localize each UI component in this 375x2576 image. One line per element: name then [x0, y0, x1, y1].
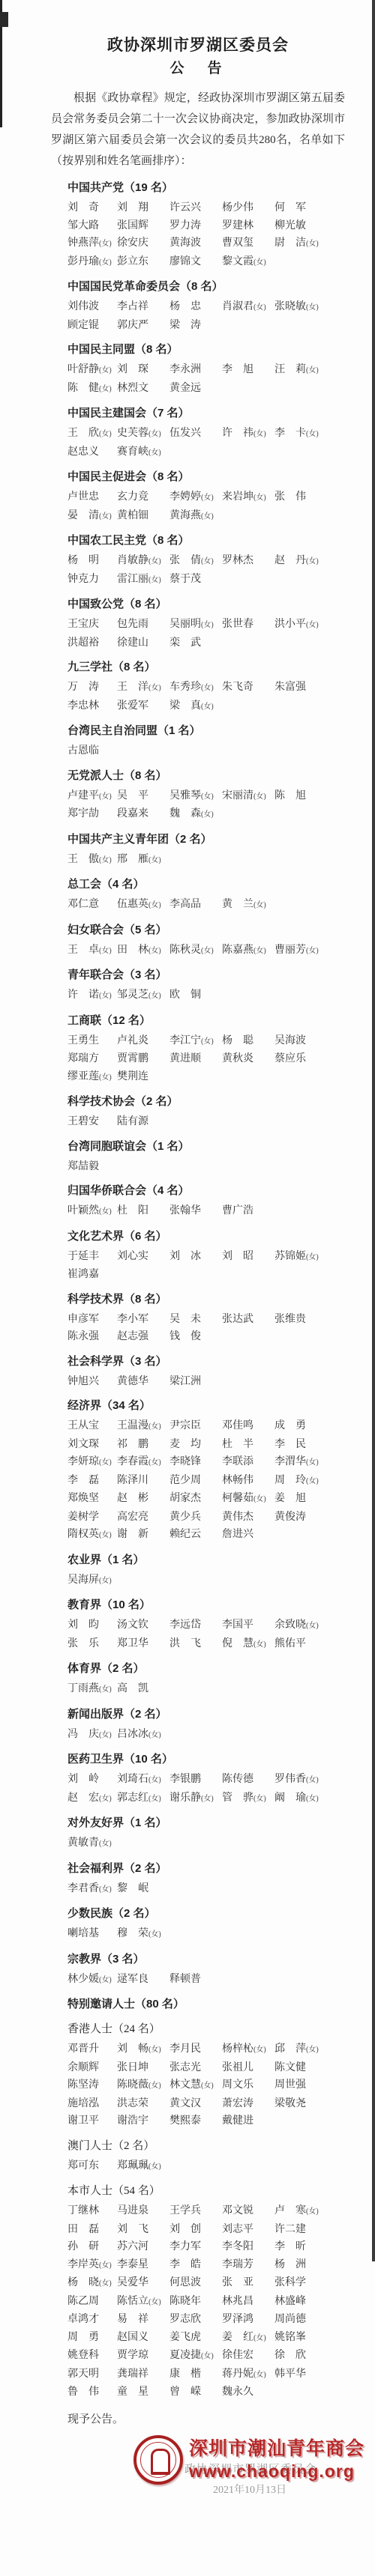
member-name: 阚 瑜(女) — [274, 1789, 345, 1808]
member-name: 田 林(女) — [117, 942, 169, 960]
member-section: 无党派人士（8 名）卢建平(女)吴 平吴雅琴(女)宋丽清(女)陈 旭郑宇劼段嘉来… — [67, 767, 345, 824]
section-heading: 妇女联合会（5 名） — [67, 921, 345, 939]
section-heading: 医药卫生界（10 名） — [67, 1751, 345, 1769]
member-section: 中国致公党（8 名）王宝庆包先雨吴丽明(女)张世春洪小平(女)洪超裕徐建山栾 武 — [67, 595, 345, 652]
member-name: 祁 鹏 — [117, 1436, 169, 1454]
member-name: 黄海燕(女) — [169, 507, 222, 526]
member-name: 陈恬立(女) — [117, 2293, 169, 2312]
female-marker: (女) — [306, 430, 319, 438]
member-name: 李小军 — [117, 1311, 169, 1329]
female-marker: (女) — [148, 992, 161, 1000]
member-name: 林盛峰 — [274, 2293, 345, 2312]
member-name: 刘伟波 — [67, 298, 117, 317]
member-name: 杨 晓(女) — [67, 2274, 117, 2293]
name-grid: 王 卓(女)田 林(女)陈秋灵(女)陈嘉燕(女)曹丽芳(女) — [67, 942, 345, 960]
member-name: 黄敏青(女) — [67, 1834, 117, 1853]
member-name: 刘心实 — [117, 1248, 169, 1267]
female-marker: (女) — [148, 901, 161, 909]
member-name: 罗力涛 — [169, 217, 222, 235]
female-marker: (女) — [306, 1622, 319, 1630]
name-grid: 钟旭兴黄德华梁江洲 — [67, 1373, 345, 1391]
member-name: 刘 岭 — [67, 1771, 117, 1789]
section-heading: 科学技术协会（2 名） — [67, 1093, 345, 1111]
member-name: 李泰星 — [117, 2256, 169, 2275]
member-name: 郑喆毅 — [67, 1158, 117, 1176]
member-name: 陈晓薇(女) — [117, 2076, 169, 2095]
member-name: 李 皓 — [169, 2256, 222, 2275]
member-name: 韩平华 — [274, 2366, 345, 2384]
section-heading: 中国致公党（8 名） — [67, 595, 345, 613]
announcement-document: 政协深圳市罗湖区委员会 公 告 根据《政协章程》规定，经政协深圳市罗湖区第五届委… — [0, 0, 375, 2576]
member-name: 朱富强 — [274, 679, 345, 697]
member-name: 夏凌捷(女) — [169, 2347, 222, 2366]
member-section: 中国国民党革命委员会（8 名）刘伟波李占祥杨 忠肖淑君(女)张晓敏(女)顾定锟郭… — [67, 278, 345, 334]
member-name: 晏 清(女) — [67, 507, 117, 526]
member-name: 吴爱华 — [117, 2274, 169, 2293]
member-name: 李联添 — [222, 1453, 274, 1472]
member-name: 杜 半 — [222, 1436, 274, 1454]
member-sections: 中国共产党（19 名）刘 奇刘 翔许云兴杨少伟何 军邹大路张国辉罗力涛罗建林柳光… — [67, 179, 345, 2401]
member-name: 周尚德 — [274, 2311, 345, 2329]
member-name: 杨 忠 — [169, 298, 222, 317]
section-heading: 社会福利界（2 名） — [67, 1860, 345, 1878]
member-name: 钟旭兴 — [67, 1373, 117, 1391]
member-name: 李江宁(女) — [169, 1032, 222, 1051]
member-name: 肖淑君(女) — [222, 298, 274, 317]
member-name: 卢世忠 — [67, 488, 117, 507]
member-name: 姜树学 — [67, 1509, 117, 1527]
member-name: 姚铭峯 — [274, 2329, 345, 2348]
member-name: 王宝庆 — [67, 616, 117, 634]
member-name: 彭立东 — [117, 253, 169, 272]
member-name: 郑可东 — [67, 2157, 117, 2176]
name-grid: 许 诺(女)邹灵芝(女)欧 铜 — [67, 987, 345, 1005]
female-marker: (女) — [99, 385, 112, 393]
member-name: 赵志强 — [117, 1328, 169, 1346]
member-name: 谢卫平 — [67, 2112, 117, 2130]
member-section: 少数民族（2 名）喇培基穆 荣(女) — [67, 1905, 345, 1944]
female-marker: (女) — [201, 947, 214, 955]
female-marker: (女) — [148, 557, 161, 566]
member-name: 谢浩宇 — [117, 2112, 169, 2130]
member-name: 邱 萍(女) — [274, 2040, 345, 2059]
member-name: 曹丽芳(女) — [274, 942, 345, 960]
member-name: 许云兴 — [169, 199, 222, 217]
seal-arch-icon — [151, 2449, 170, 2475]
member-name: 黎文霞(女) — [222, 253, 274, 272]
member-name: 刘志平 — [222, 2221, 274, 2239]
member-name: 胡家杰 — [169, 1490, 222, 1509]
member-name: 王 傲(女) — [67, 851, 117, 870]
intro-paragraph: 根据《政协章程》规定，经政协深圳市罗湖区第五届委员会常务委员会第二十一次会议协商… — [51, 88, 345, 172]
member-name: 詹进兴 — [222, 1526, 274, 1545]
member-name: 尉 洁(女) — [274, 234, 345, 253]
member-name: 吴雅琴(女) — [169, 787, 222, 806]
female-marker: (女) — [201, 512, 214, 521]
member-name: 张维贵 — [274, 1311, 345, 1329]
member-name: 李 磊 — [67, 1472, 117, 1491]
member-name: 孙 研 — [67, 2238, 117, 2256]
member-name: 郭天明 — [67, 2366, 117, 2384]
member-name: 李晓锋 — [169, 1453, 222, 1472]
female-marker: (女) — [201, 1037, 214, 1046]
female-marker: (女) — [201, 684, 214, 692]
member-name: 喇培基 — [67, 1925, 117, 1944]
member-section: 本市人士（54 名）丁继林马进泉王学兵邓文锐卢 寒(女)田 磊刘 飞刘 创刘志平… — [67, 2182, 345, 2401]
member-name: 余顺辉 — [67, 2059, 117, 2077]
member-name: 陈文健 — [274, 2059, 345, 2077]
section-heading: 归国华侨联合会（4 名） — [67, 1182, 345, 1200]
member-name: 林文慧(女) — [169, 2076, 222, 2095]
section-heading: 本市人士（54 名） — [67, 2182, 345, 2200]
member-name: 王 洋(女) — [117, 679, 169, 697]
female-marker: (女) — [99, 1795, 112, 1803]
section-heading: 澳门人士（2 名） — [67, 2137, 345, 2155]
name-grid: 刘 昀汤文钦李远岱李国平余致晓(女)张 乐郑卫华洪 飞倪 慧(女)熊佑平 — [67, 1616, 345, 1653]
female-marker: (女) — [253, 793, 266, 801]
member-name: 樊熙泰 — [169, 2112, 222, 2130]
member-section: 中国民主建国会（7 名）王 欣(女)史芙蓉(女)伍发兴许 祎(女)李 卡(女)赵… — [67, 404, 345, 461]
member-name: 王从宝 — [67, 1417, 117, 1436]
female-marker: (女) — [306, 1458, 319, 1467]
section-heading: 香港人士（24 名） — [67, 2020, 345, 2038]
member-name: 谢 新 — [117, 1526, 169, 1545]
member-name: 张 倩(女) — [169, 552, 222, 571]
member-name: 张祖儿 — [222, 2059, 274, 2077]
female-marker: (女) — [253, 303, 266, 312]
member-name: 汤文钦 — [117, 1616, 169, 1635]
section-heading: 社会科学界（3 名） — [67, 1353, 345, 1371]
name-grid: 刘 岭刘琦石(女)李银鹏陈传德罗伟香(女)赵 宏(女)郭志红(女)谢乐静(女)管… — [67, 1771, 345, 1807]
member-name: 张 亚 — [222, 2274, 274, 2293]
female-marker: (女) — [306, 621, 319, 629]
section-heading: 体育界（2 名） — [67, 1660, 345, 1678]
document-subtitle: 公 告 — [51, 57, 345, 77]
female-marker: (女) — [253, 2334, 266, 2342]
female-marker: (女) — [201, 621, 214, 629]
female-marker: (女) — [99, 1207, 112, 1216]
member-name: 杨 洲 — [274, 2256, 345, 2275]
member-name: 林烈文 — [117, 380, 169, 398]
member-name: 叶颖然(女) — [67, 1202, 117, 1221]
member-name: 蒋丹妮(女) — [222, 2366, 274, 2384]
name-grid: 郑可东郑珮珮(女) — [67, 2157, 345, 2176]
member-name: 梁 涛 — [169, 317, 222, 335]
member-name: 赛育峡(女) — [117, 443, 169, 462]
female-marker: (女) — [99, 1577, 112, 1585]
member-name: 穆 荣(女) — [117, 1925, 169, 1944]
member-name: 黄金远 — [169, 380, 222, 398]
name-grid: 王从宝王温漫(女)尹宗臣邓佳鸣成 勇刘文琛祁 鹏麦 均杜 半李 民李妍琼(女)李… — [67, 1417, 345, 1545]
name-grid: 王宝庆包先雨吴丽明(女)张世春洪小平(女)洪超裕徐建山栾 武 — [67, 616, 345, 652]
female-marker: (女) — [306, 366, 319, 375]
watermark-url: www.chaoqing.org — [189, 2460, 364, 2482]
member-name: 康 楷 — [169, 2366, 222, 2384]
name-grid: 王碧安陆有源 — [67, 1113, 345, 1131]
member-name: 姚登科 — [67, 2347, 117, 2366]
female-marker: (女) — [201, 1795, 214, 1803]
female-marker: (女) — [253, 1495, 266, 1503]
member-name: 童 星 — [117, 2383, 169, 2401]
name-grid: 刘 奇刘 翔许云兴杨少伟何 军邹大路张国辉罗力涛罗建林柳光敏钟燕萍(女)徐安庆黄… — [67, 199, 345, 271]
female-marker: (女) — [99, 2279, 112, 2288]
member-name: 李忠林 — [67, 697, 117, 716]
section-heading: 台湾民主自治同盟（1 名） — [67, 722, 345, 740]
member-name: 李君香(女) — [67, 1880, 117, 1899]
member-name: 陈永强 — [67, 1328, 117, 1346]
member-name: 刘 创 — [169, 2221, 222, 2239]
member-name: 刘 飞 — [117, 2221, 169, 2239]
member-name: 魏 森(女) — [169, 805, 222, 824]
member-name: 李月民 — [169, 2040, 222, 2059]
member-name: 李 民 — [274, 1436, 345, 1454]
member-section: 对外友好界（1 名）黄敏青(女) — [67, 1814, 345, 1853]
member-name: 卢建平(女) — [67, 787, 117, 806]
member-section: 中国民主同盟（8 名）叶舒静(女)刘 琛李永洲李 旭汪 莉(女)陈 健(女)林烈… — [67, 341, 345, 398]
member-name: 赵忠义 — [67, 443, 117, 462]
member-name: 钱 俊 — [169, 1328, 222, 1346]
member-section: 科学技术界（8 名）申彦军李小军吴 未张达武张维贵陈永强赵志强钱 俊 — [67, 1291, 345, 1346]
member-section: 台湾民主自治同盟（1 名）古恩临 — [67, 722, 345, 760]
female-marker: (女) — [99, 947, 112, 955]
member-name: 赵 丹(女) — [274, 552, 345, 571]
member-name: 肖敏静(女) — [117, 552, 169, 571]
scan-corner-artifact — [0, 12, 8, 27]
member-name: 周文乐 — [222, 2076, 274, 2095]
female-marker: (女) — [201, 793, 214, 801]
member-name: 卢礼炎 — [117, 1032, 169, 1051]
section-heading: 经济界（34 名） — [67, 1397, 345, 1415]
female-marker: (女) — [306, 947, 319, 955]
member-name: 龚瑞祥 — [117, 2366, 169, 2384]
member-section: 文化艺术界（6 名）于延丰刘心实刘 冰刘 昭苏锦姬(女)崔鸿嘉 — [67, 1228, 345, 1284]
member-name: 张 乐 — [67, 1635, 117, 1654]
member-name: 李娉婷(女) — [169, 488, 222, 507]
member-name: 陈嘉燕(女) — [222, 942, 274, 960]
member-name: 马进泉 — [117, 2202, 169, 2221]
member-name: 李国平 — [222, 1616, 274, 1635]
member-name: 李 昕 — [274, 2238, 345, 2256]
member-name: 朱飞奇 — [222, 679, 274, 697]
member-name: 钟燕萍(女) — [67, 234, 117, 253]
member-name: 周 玲(女) — [274, 1472, 345, 1491]
member-name: 卢 寒(女) — [274, 2202, 345, 2221]
member-name: 黄秋炎 — [222, 1050, 274, 1068]
member-name: 张国辉 — [117, 217, 169, 235]
member-section: 香港人士（24 名）邓晋升刘 畅(女)李月民杨梓杺(女)邱 萍(女)余顺辉张日坤… — [67, 2020, 345, 2130]
member-name: 李冬阳 — [222, 2238, 274, 2256]
member-name: 赖纪云 — [169, 1526, 222, 1545]
member-name: 吕冰冰(女) — [117, 1726, 169, 1745]
member-name: 欧 铜 — [169, 987, 222, 1005]
member-name: 樊荆连 — [117, 1068, 169, 1087]
female-marker: (女) — [148, 2163, 161, 2171]
member-name: 张日坤 — [117, 2059, 169, 2077]
female-marker: (女) — [201, 2082, 214, 2090]
female-marker: (女) — [99, 856, 112, 864]
member-name: 易 祥 — [117, 2311, 169, 2329]
female-marker: (女) — [306, 2046, 319, 2054]
watermark-text: 深圳市潮汕青年商会 www.chaoqing.org — [189, 2437, 364, 2482]
member-name: 李高品 — [169, 896, 222, 915]
member-name: 徐安庆 — [117, 234, 169, 253]
section-heading: 台湾同胞联谊会（1 名） — [67, 1138, 345, 1156]
member-name: 伍惠英(女) — [117, 896, 169, 915]
female-marker: (女) — [99, 793, 112, 801]
section-heading: 中国共产党（19 名） — [67, 179, 345, 197]
female-marker: (女) — [253, 258, 266, 267]
member-name: 刘 翔 — [117, 199, 169, 217]
member-section: 医药卫生界（10 名）刘 岭刘琦石(女)李银鹏陈传德罗伟香(女)赵 宏(女)郭志… — [67, 1751, 345, 1807]
member-name: 陈泽川 — [117, 1472, 169, 1491]
female-marker: (女) — [306, 1477, 319, 1485]
member-name: 王 欣(女) — [67, 425, 117, 443]
female-marker: (女) — [148, 947, 161, 955]
member-name: 戴健进 — [222, 2112, 274, 2130]
member-name: 陈传德 — [222, 1771, 274, 1789]
member-section: 总工会（4 名）邓仁意伍惠英(女)李高品黄 兰(女) — [67, 876, 345, 915]
member-name: 林兆昌 — [222, 2293, 274, 2312]
section-heading: 文化艺术界（6 名） — [67, 1228, 345, 1246]
member-name: 缪亚莲(女) — [67, 1068, 117, 1087]
female-marker: (女) — [99, 1073, 112, 1082]
member-name: 施培泓 — [67, 2095, 117, 2113]
member-name: 许 祎(女) — [222, 425, 274, 443]
member-name: 魏永久 — [222, 2383, 274, 2401]
member-name: 曹双玺 — [222, 234, 274, 253]
member-name: 汪 莉(女) — [274, 361, 345, 380]
member-section: 九三学社（8 名）万 涛王 洋(女)车秀珍(女)朱飞奇朱富强李忠林张爱军梁 真(… — [67, 658, 345, 715]
member-section: 社会福利界（2 名）李君香(女)黎 岷 — [67, 1860, 345, 1899]
member-section: 社会科学界（3 名）钟旭兴黄德华梁江洲 — [67, 1353, 345, 1391]
member-section: 农业界（1 名）吴海屏(女) — [67, 1551, 345, 1590]
member-name: 邹大路 — [67, 217, 117, 235]
member-name: 张爱军 — [117, 697, 169, 716]
member-name: 麦 均 — [169, 1436, 222, 1454]
female-marker: (女) — [99, 512, 112, 521]
female-marker: (女) — [148, 1776, 161, 1784]
member-name: 李银鹏 — [169, 1771, 222, 1789]
member-name: 陈 旭 — [274, 787, 345, 806]
member-name: 邓晋升 — [67, 2040, 117, 2059]
female-marker: (女) — [306, 2207, 319, 2216]
member-name: 刘 昭 — [222, 1248, 274, 1267]
member-name: 杨梓杺(女) — [222, 2040, 274, 2059]
member-name: 来岩坤(女) — [222, 488, 274, 507]
section-heading: 教育界（10 名） — [67, 1596, 345, 1614]
female-marker: (女) — [99, 1531, 112, 1539]
female-marker: (女) — [148, 1458, 161, 1467]
member-name: 姜 旭 — [274, 1490, 345, 1509]
member-name: 丁雨燕(女) — [67, 1680, 117, 1699]
member-name: 苏锦姬(女) — [274, 1248, 345, 1267]
member-name: 贾学琼 — [117, 2347, 169, 2366]
section-heading: 中国民主促进会（8 名） — [67, 468, 345, 486]
member-name: 吴海屏(女) — [67, 1572, 117, 1590]
member-name: 王 卓(女) — [67, 942, 117, 960]
member-name: 李 旭 — [222, 361, 274, 380]
member-name: 玄力竞 — [117, 488, 169, 507]
member-section: 中国共产主义青年团（2 名）王 傲(女)邢 雁(女) — [67, 831, 345, 870]
female-marker: (女) — [99, 240, 112, 248]
member-name: 鲁 伟 — [67, 2383, 117, 2401]
member-section: 经济界（34 名）王从宝王温漫(女)尹宗臣邓佳鸣成 勇刘文琛祁 鹏麦 均杜 半李… — [67, 1397, 345, 1545]
member-name: 释顿普 — [169, 1971, 222, 1989]
member-name: 雷江丽(女) — [117, 571, 169, 590]
member-name: 刘文琛 — [67, 1436, 117, 1454]
member-name: 李力军 — [169, 2238, 222, 2256]
name-grid: 喇培基穆 荣(女) — [67, 1925, 345, 1944]
member-name: 张世春 — [222, 616, 274, 634]
member-name: 黎 岷 — [117, 1880, 169, 1899]
member-name: 刘 畅(女) — [117, 2040, 169, 2059]
female-marker: (女) — [306, 1253, 319, 1261]
female-marker: (女) — [99, 366, 112, 375]
member-name: 梁江洲 — [169, 1373, 222, 1391]
member-name: 姜 红(女) — [222, 2329, 274, 2348]
member-name: 林少媛(女) — [67, 1971, 117, 1989]
name-grid: 丁继林马进泉王学兵邓文锐卢 寒(女)田 磊刘 飞刘 创刘志平许二建孙 研苏六河李… — [67, 2202, 345, 2401]
female-marker: (女) — [253, 2046, 266, 2054]
member-name: 包先雨 — [117, 616, 169, 634]
member-name: 陈坚涛 — [67, 2076, 117, 2095]
member-name: 王学兵 — [169, 2202, 222, 2221]
member-name: 柯馨茹(女) — [222, 1490, 274, 1509]
member-name: 尹宗臣 — [169, 1417, 222, 1436]
member-name: 王碧安 — [67, 1113, 117, 1131]
female-marker: (女) — [148, 2082, 161, 2090]
member-name: 李春霞(女) — [117, 1453, 169, 1472]
member-section: 工商联（12 名）王勇生卢礼炎李江宁(女)杨 聪吴海波郑瑞方贾霄鹏黄进顺黄秋炎蔡… — [67, 1012, 345, 1087]
member-section: 归国华侨联合会（4 名）叶颖然(女)杜 阳张翰华曹广浩 — [67, 1182, 345, 1221]
member-name: 陈秋灵(女) — [169, 942, 222, 960]
member-name: 倪 慧(女) — [222, 1635, 274, 1654]
member-name: 申彦军 — [67, 1311, 117, 1329]
name-grid: 申彦军李小军吴 未张达武张维贵陈永强赵志强钱 俊 — [67, 1311, 345, 1346]
member-name: 黄 兰(女) — [222, 896, 274, 915]
watermark-org-name: 深圳市潮汕青年商会 — [189, 2437, 364, 2460]
member-name: 谢乐静(女) — [169, 1789, 222, 1808]
female-marker: (女) — [306, 1776, 319, 1784]
member-name: 郑焕坚 — [67, 1490, 117, 1509]
section-heading: 对外友好界（1 名） — [67, 1814, 345, 1832]
member-name: 熊佑平 — [274, 1635, 345, 1654]
member-section: 中国共产党（19 名）刘 奇刘 翔许云兴杨少伟何 军邹大路张国辉罗力涛罗建林柳光… — [67, 179, 345, 271]
member-name: 管 骅(女) — [222, 1789, 274, 1808]
member-name: 邓佳鸣 — [222, 1417, 274, 1436]
section-heading: 宗教界（3 名） — [67, 1951, 345, 1969]
member-section: 中国民主促进会（8 名）卢世忠玄力竞李娉婷(女)来岩坤(女)张 伟晏 清(女)黄… — [67, 468, 345, 525]
female-marker: (女) — [148, 2298, 161, 2306]
name-grid: 王 傲(女)邢 雁(女) — [67, 851, 345, 870]
member-name: 周世强 — [274, 2076, 345, 2095]
member-name: 李妍琼(女) — [67, 1453, 117, 1472]
name-grid: 万 涛王 洋(女)车秀珍(女)朱飞奇朱富强李忠林张爱军梁 真(女) — [67, 679, 345, 715]
section-heading: 中国国民党革命委员会（8 名） — [67, 278, 345, 296]
name-grid: 林少媛(女)逯军良释顿普 — [67, 1971, 345, 1989]
member-name: 黄少兵 — [169, 1509, 222, 1527]
section-heading: 青年联合会（3 名） — [67, 966, 345, 984]
member-name: 史芙蓉(女) — [117, 425, 169, 443]
female-marker: (女) — [201, 494, 214, 502]
section-heading: 中国共产主义青年团（2 名） — [67, 831, 345, 849]
member-name: 杨 聪 — [222, 1032, 274, 1051]
name-grid: 王 欣(女)史芙蓉(女)伍发兴许 祎(女)李 卡(女)赵忠义赛育峡(女) — [67, 425, 345, 461]
member-name: 李远岱 — [169, 1616, 222, 1635]
female-marker: (女) — [99, 430, 112, 438]
member-section: 科学技术协会（2 名）王碧安陆有源 — [67, 1093, 345, 1131]
member-name: 邹灵芝(女) — [117, 987, 169, 1005]
